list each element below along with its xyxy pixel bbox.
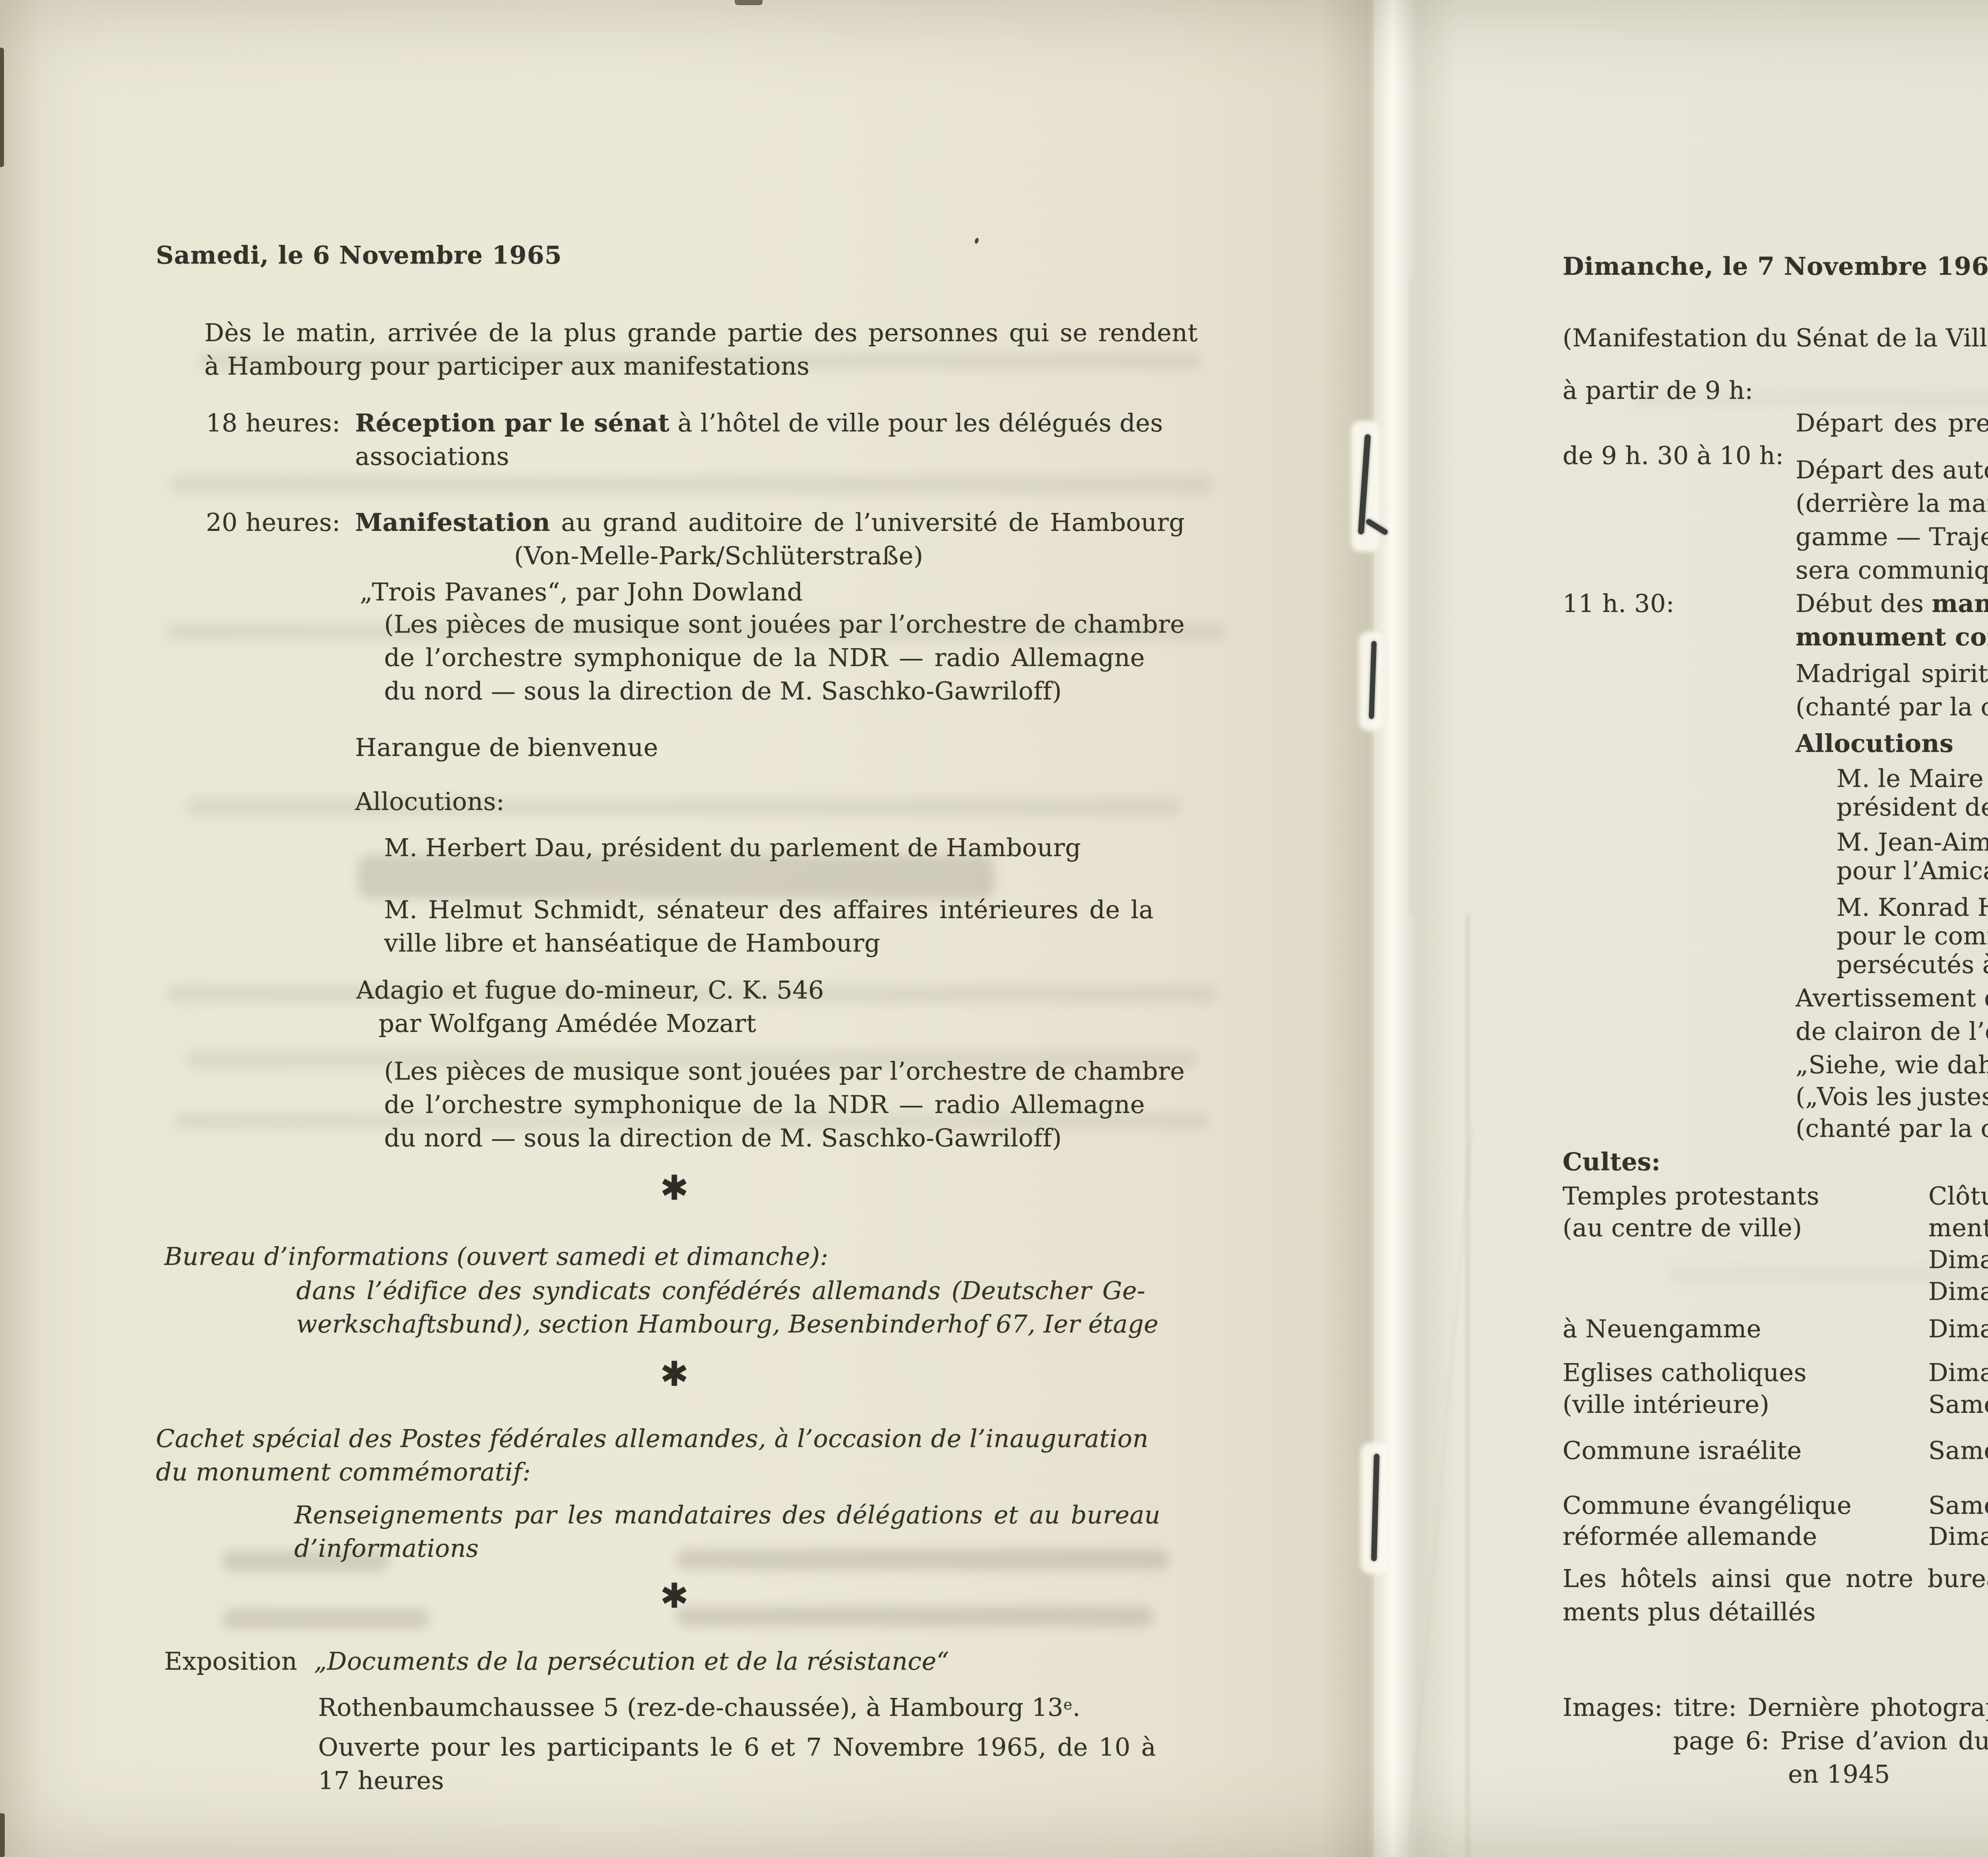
postal-cancel-line: Renseignements par les mandataires des d… (294, 1498, 1161, 1532)
speaker-line: président de sénat (1837, 791, 1988, 824)
worship-row-label: Commune évangélique (1563, 1489, 1852, 1522)
schedule-time-label: 20 heures: (206, 506, 340, 539)
orchestra-note-line: du nord — sous la direction de M. Saschk… (384, 1121, 1062, 1155)
exposition-hours-line: Ouverte pour les participants le 6 et 7 … (318, 1731, 1156, 1764)
schedule-entry-line: (derrière la maison des syndicats), à de… (1796, 487, 1988, 520)
bleed-through-artifact (676, 1549, 1169, 1570)
wreath-notice-line: („Vois les justes qui meurent“) (1796, 1080, 1988, 1113)
allocutions-label: Allocutions: (355, 785, 505, 818)
scanned-booklet-spread: Samedi, le 6 Novembre 1965 Dès le matin,… (0, 0, 1988, 1857)
scan-edge-artifact (0, 48, 4, 167)
right-page-subtitle: (Manifestation du Sénat de la Ville Libr… (1563, 321, 1988, 355)
worship-row-value: ment (1928, 1211, 1988, 1245)
speaker-line: M. Helmut Schmidt, sénateur des affaires… (384, 893, 1154, 927)
exposition-title: „Documents de la persécution et de la ré… (314, 1645, 949, 1678)
worship-row-label: Eglises catholiques (1563, 1356, 1807, 1389)
right-page-heading: Dimanche, le 7 Novembre 1965 (1563, 250, 1988, 283)
worship-row-label: Temples protestants (1563, 1179, 1819, 1213)
bleed-through-artifact (171, 476, 1213, 494)
schedule-entry-line: associations (355, 440, 509, 473)
info-office-line: Bureau d’informations (ouvert samedi et … (164, 1240, 829, 1273)
postal-cancel-line: Cachet spécial des Postes fédérales alle… (156, 1422, 1149, 1455)
worship-row-label: Commune israélite (1563, 1434, 1802, 1467)
worship-row-label: (ville intérieure) (1563, 1388, 1769, 1421)
paper-crease (1409, 278, 1412, 915)
bleed-through-artifact (223, 1609, 429, 1629)
worship-row-value: Dimanche à 10 heures (1928, 1520, 1988, 1553)
wreath-notice-line: de clairon de l’opéra „Fidelio“ de Beeth… (1796, 1015, 1988, 1048)
section-divider-star: ✱ (660, 1358, 689, 1391)
paper-crease (1466, 915, 1469, 1857)
speaker-line: pour l’Amicale Internationale de Neuenga… (1837, 854, 1988, 888)
speaker-line: ville libre et hanséatique de Hambourg (384, 927, 880, 960)
program-piece-line: Madrigal spirituel ................. de … (1796, 657, 1988, 690)
info-office-line: dans l’édifice des syndicats confédérés … (296, 1274, 1145, 1307)
images-caption-line: Images: titre: Dernière photographie du … (1563, 1691, 1988, 1724)
images-caption-line: en 1945 (1788, 1758, 1890, 1791)
worship-row-value: Samedi à 18 h. (chapelle) (1928, 1489, 1988, 1522)
speaker-line: persécutés à Hambourg (1837, 948, 1988, 981)
postal-cancel-line: du monument commémoratif: (156, 1455, 531, 1489)
worship-row-value: Dimanche à 10 heures (1928, 1243, 1988, 1276)
choir-note-line: (chanté par la chorale de chambre de Ber… (1796, 690, 1988, 724)
schedule-entry-line: sera communiqué (1796, 554, 1988, 587)
worship-row-value: Samedi à 19 h. 30 (1928, 1388, 1988, 1421)
wreath-notice-line: Avertissement de la déposition de couron… (1796, 981, 1988, 1015)
exposition-address: Rothenbaumchaussee 5 (rez-de-chaussée), … (318, 1688, 1080, 1724)
orchestra-note-line: (Les pièces de musique sont jouées par l… (384, 608, 1185, 641)
schedule-entry-line: (Von-Melle-Park/Schlüterstraße) (514, 539, 923, 573)
schedule-time-label: de 9 h. 30 à 10 h: (1563, 439, 1784, 472)
section-divider-star: ✱ (660, 1171, 689, 1205)
hotels-note-line: Les hôtels ainsi que notre bureau d’info… (1563, 1562, 1988, 1595)
program-piece-line: „Trois Pavanes“, par John Dowland (360, 575, 803, 609)
program-piece-line: par Wolfgang Amédée Mozart (379, 1007, 756, 1040)
worship-row-value: Dimanche à 10 heures, en partie avec Cèn… (1928, 1275, 1988, 1308)
allocutions-heading: Allocutions (1796, 727, 1953, 760)
exposition-label: Exposition (164, 1645, 297, 1678)
worship-row-label: réformée allemande (1563, 1520, 1817, 1553)
orchestra-note-line: (Les pièces de musique sont jouées par l… (384, 1055, 1185, 1088)
postal-cancel-line: d’informations (294, 1532, 479, 1565)
schedule-time-label: à partir de 9 h: (1563, 374, 1753, 407)
worship-row-value: Clôture de semaine: à 18 h. et 18 h. 15,… (1928, 1179, 1988, 1213)
speaker-line: M. Herbert Dau, président du parlement d… (384, 831, 1081, 864)
exposition-hours-line: 17 heures (318, 1764, 444, 1797)
worship-row-value: Dimanche à 9 h. 30 (1928, 1312, 1988, 1346)
section-divider-star: ✱ (660, 1579, 689, 1613)
scan-edge-artifact (0, 1813, 5, 1857)
orchestra-note-line: du nord — sous la direction de M. Saschk… (384, 674, 1062, 708)
schedule-entry-line: gamme — Trajets aller et retour selon un… (1796, 520, 1988, 554)
schedule-entry-line: monument commémoratif de Neuengamme (1796, 620, 1988, 654)
intro-line: à Hambourg pour participer aux manifesta… (204, 350, 810, 383)
worship-row-label: à Neuengamme (1563, 1312, 1761, 1346)
schedule-entry-line: Départ des autocars du lieu de rassemble… (1796, 453, 1988, 487)
hotels-note-line: ments plus détaillés (1563, 1595, 1816, 1629)
bleed-through-artifact (187, 798, 1181, 816)
schedule-entry-line: Départ des premiers autocars du sénat, d… (1796, 406, 1988, 440)
program-piece-line: Adagio et fugue do-mineur, C. K. 546 (356, 973, 824, 1007)
schedule-entry-line: Réception par le sénat à l’hôtel de vill… (355, 406, 1163, 440)
bleed-through-artifact (676, 1606, 1153, 1626)
center-fold (1320, 0, 1459, 1857)
program-item-line: Harangue de bienvenue (355, 731, 658, 764)
info-office-line: werkschaftsbund), section Hambourg, Bese… (296, 1307, 1159, 1341)
intro-line: Dès le matin, arrivée de la plus grande … (204, 316, 1198, 350)
worship-row-value: Samedi à 9 h. 30 (1928, 1434, 1988, 1467)
scan-edge-artifact (735, 0, 763, 5)
orchestra-note-line: de l’orchestre symphonique de la NDR — r… (384, 1088, 1145, 1121)
schedule-entry-line: Manifestation au grand auditoire de l’un… (355, 506, 1185, 539)
schedule-time-label: 18 heures: (206, 406, 340, 440)
left-page-heading: Samedi, le 6 Novembre 1965 (156, 239, 562, 272)
worship-row-label: (au centre de ville) (1563, 1211, 1802, 1245)
worship-row-value: Dimanche à 6 h. 30, 8 h., 9 h. 15 et 18 … (1928, 1356, 1988, 1389)
images-caption-line: page 6: Prise d’avion du camp de concent… (1673, 1724, 1988, 1758)
cultes-heading: Cultes: (1563, 1145, 1661, 1179)
choir-note-line: (chanté par la chorale de chambre de Ber… (1796, 1112, 1988, 1145)
schedule-time-label: 11 h. 30: (1563, 587, 1674, 620)
orchestra-note-line: de l’orchestre symphonique de la NDR — r… (384, 641, 1145, 674)
schedule-entry-line: Début des manifestations d’inauguration … (1796, 587, 1988, 620)
wreath-notice-line: „Siehe, wie dahinstirbt der Gerechte“, p… (1796, 1048, 1988, 1082)
